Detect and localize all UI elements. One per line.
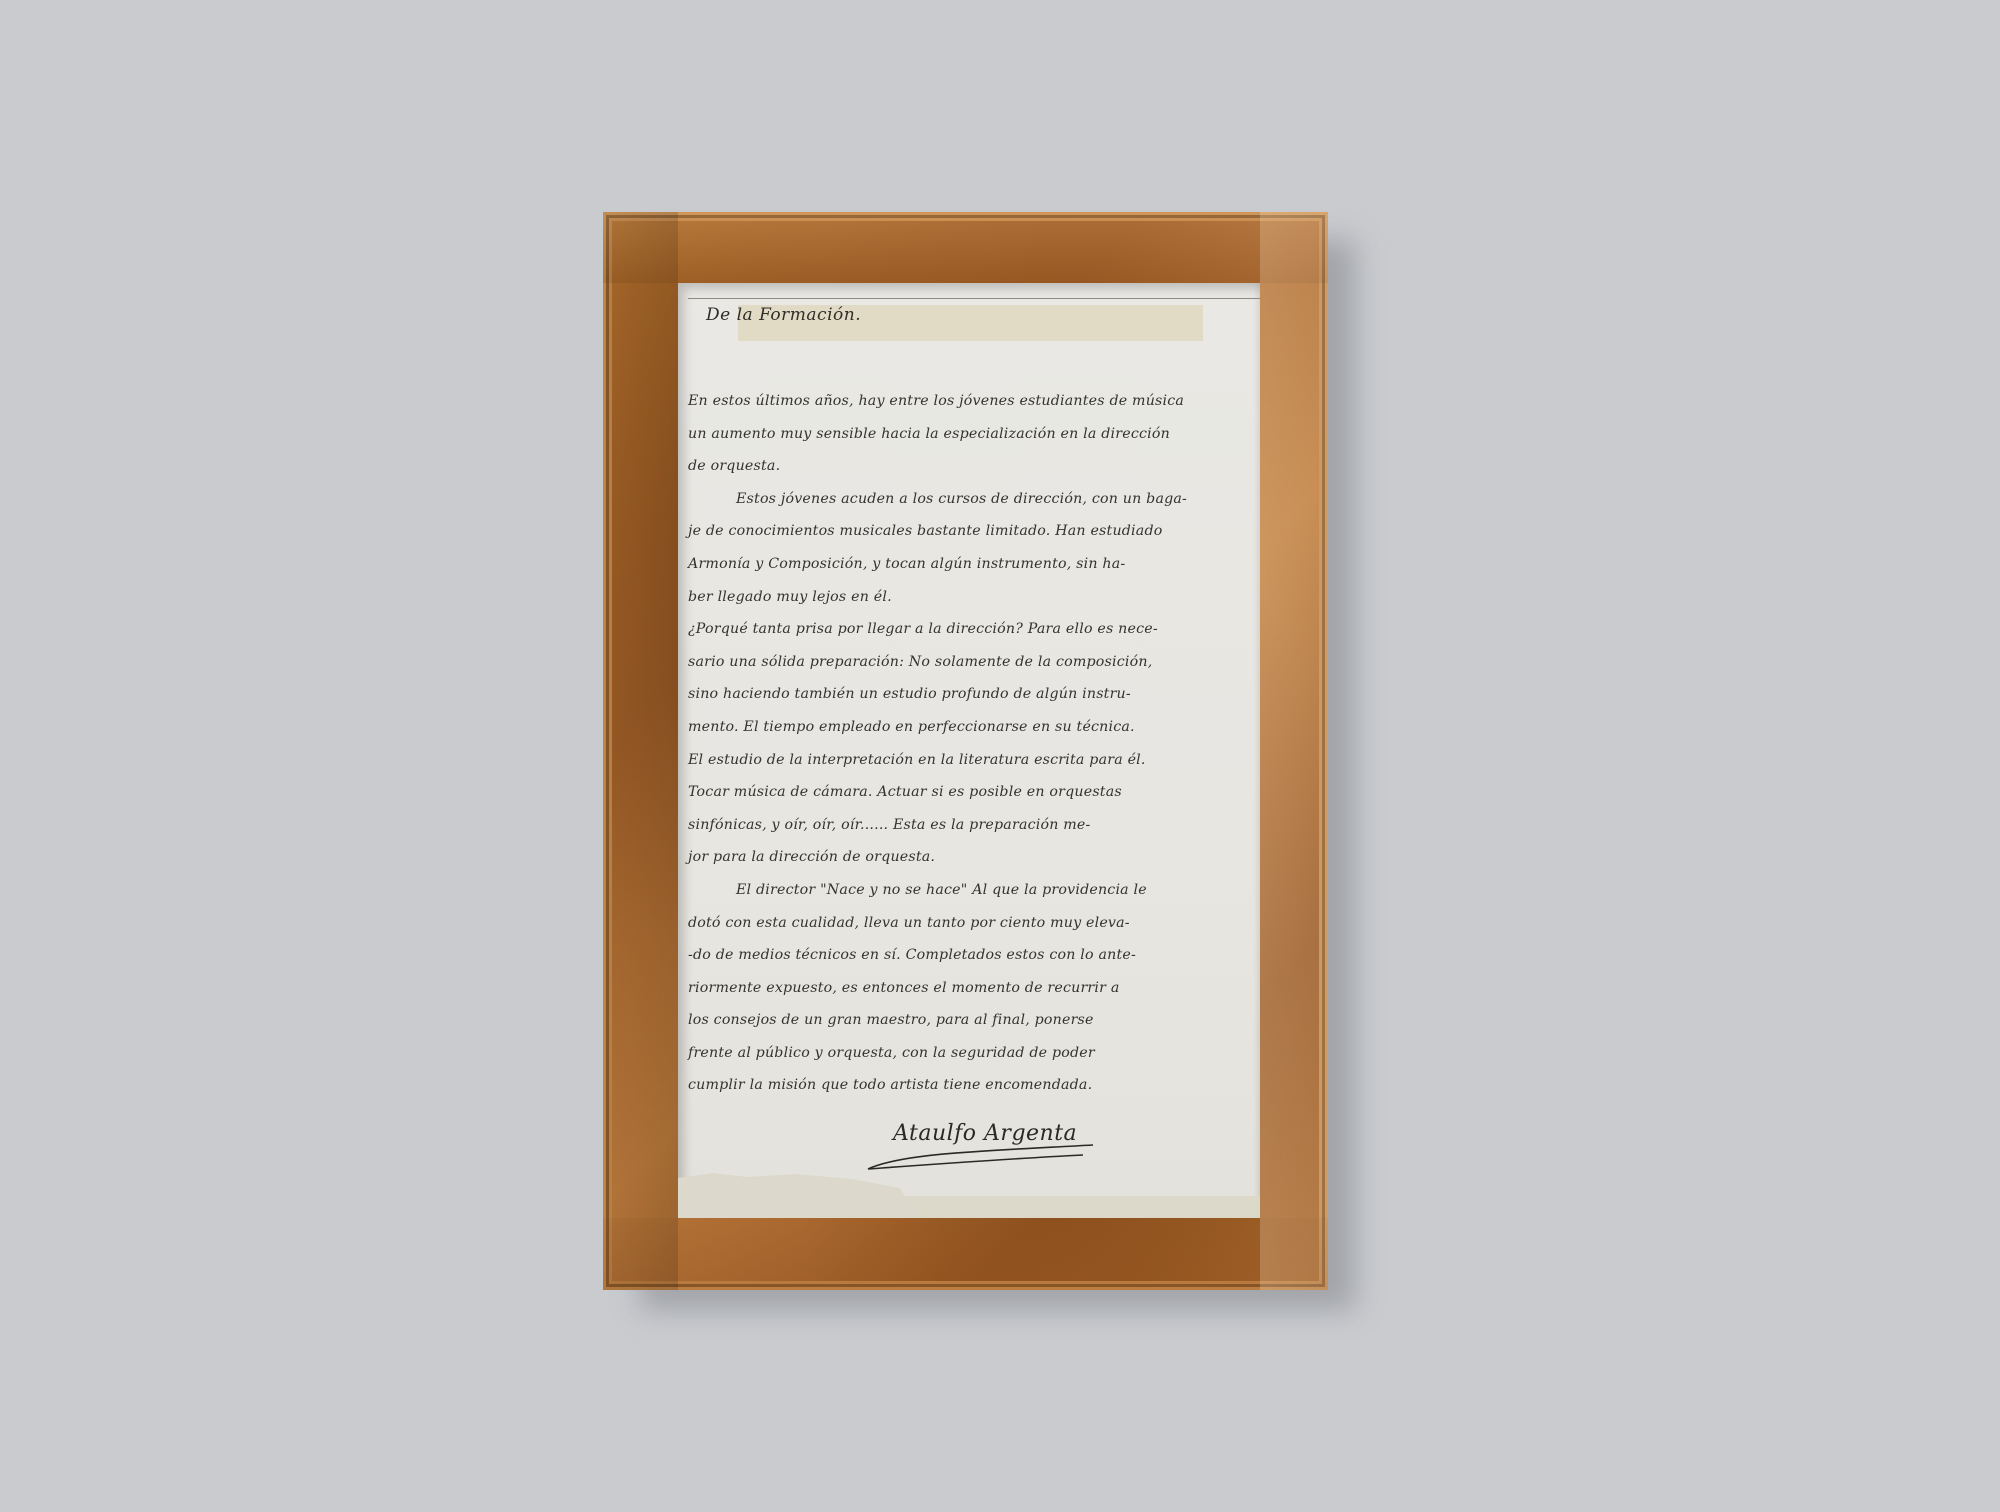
letter-line: sario una sólida preparación: No solamen… (688, 646, 1246, 679)
letter-line: frente al público y orquesta, con la seg… (688, 1037, 1246, 1070)
letter-line: sinfónicas, y oír, oír, oír...... Esta e… (688, 809, 1246, 842)
frame-bottom-rail (603, 1218, 1328, 1290)
letter-heading: De la Formación. (706, 305, 861, 325)
letter-line: dotó con esta cualidad, lleva un tanto p… (688, 907, 1246, 940)
letter-line: cumplir la misión que todo artista tiene… (688, 1069, 1246, 1102)
letter-line: los consejos de un gran maestro, para al… (688, 1004, 1246, 1037)
letter-line: ber llegado muy lejos en él. (688, 581, 1246, 614)
letter-line: un aumento muy sensible hacia la especia… (688, 418, 1246, 451)
paper-top-edge (688, 298, 1260, 299)
letter-line: de orquesta. (688, 450, 1246, 483)
letter-body: En estos últimos años, hay entre los jóv… (688, 385, 1246, 1102)
letter-line: jor para la dirección de orquesta. (688, 841, 1246, 874)
frame-left-rail (603, 212, 678, 1290)
letter-line: -do de medios técnicos en sí. Completado… (688, 939, 1246, 972)
letter-line: riormente expuesto, es entonces el momen… (688, 972, 1246, 1005)
letter-line: El estudio de la interpretación en la li… (688, 744, 1246, 777)
frame-right-rail (1260, 212, 1328, 1290)
letter-line: En estos últimos años, hay entre los jóv… (688, 385, 1246, 418)
letter-line: El director "Nace y no se hace" Al que l… (688, 874, 1246, 907)
letter-line: ¿Porqué tanta prisa por llegar a la dire… (688, 613, 1246, 646)
letter-line: mento. El tiempo empleado en perfecciona… (688, 711, 1246, 744)
letter-line: Tocar música de cámara. Actuar si es pos… (688, 776, 1246, 809)
letter-line: Estos jóvenes acuden a los cursos de dir… (688, 483, 1246, 516)
letter-line: sino haciendo también un estudio profund… (688, 678, 1246, 711)
letter-line: Armonía y Composición, y tocan algún ins… (688, 548, 1246, 581)
signature-flourish (863, 1143, 1103, 1173)
frame-top-rail (603, 212, 1328, 283)
letter-line: je de conocimientos musicales bastante l… (688, 515, 1246, 548)
letter-paper: De la Formación. En estos últimos años, … (678, 283, 1260, 1218)
